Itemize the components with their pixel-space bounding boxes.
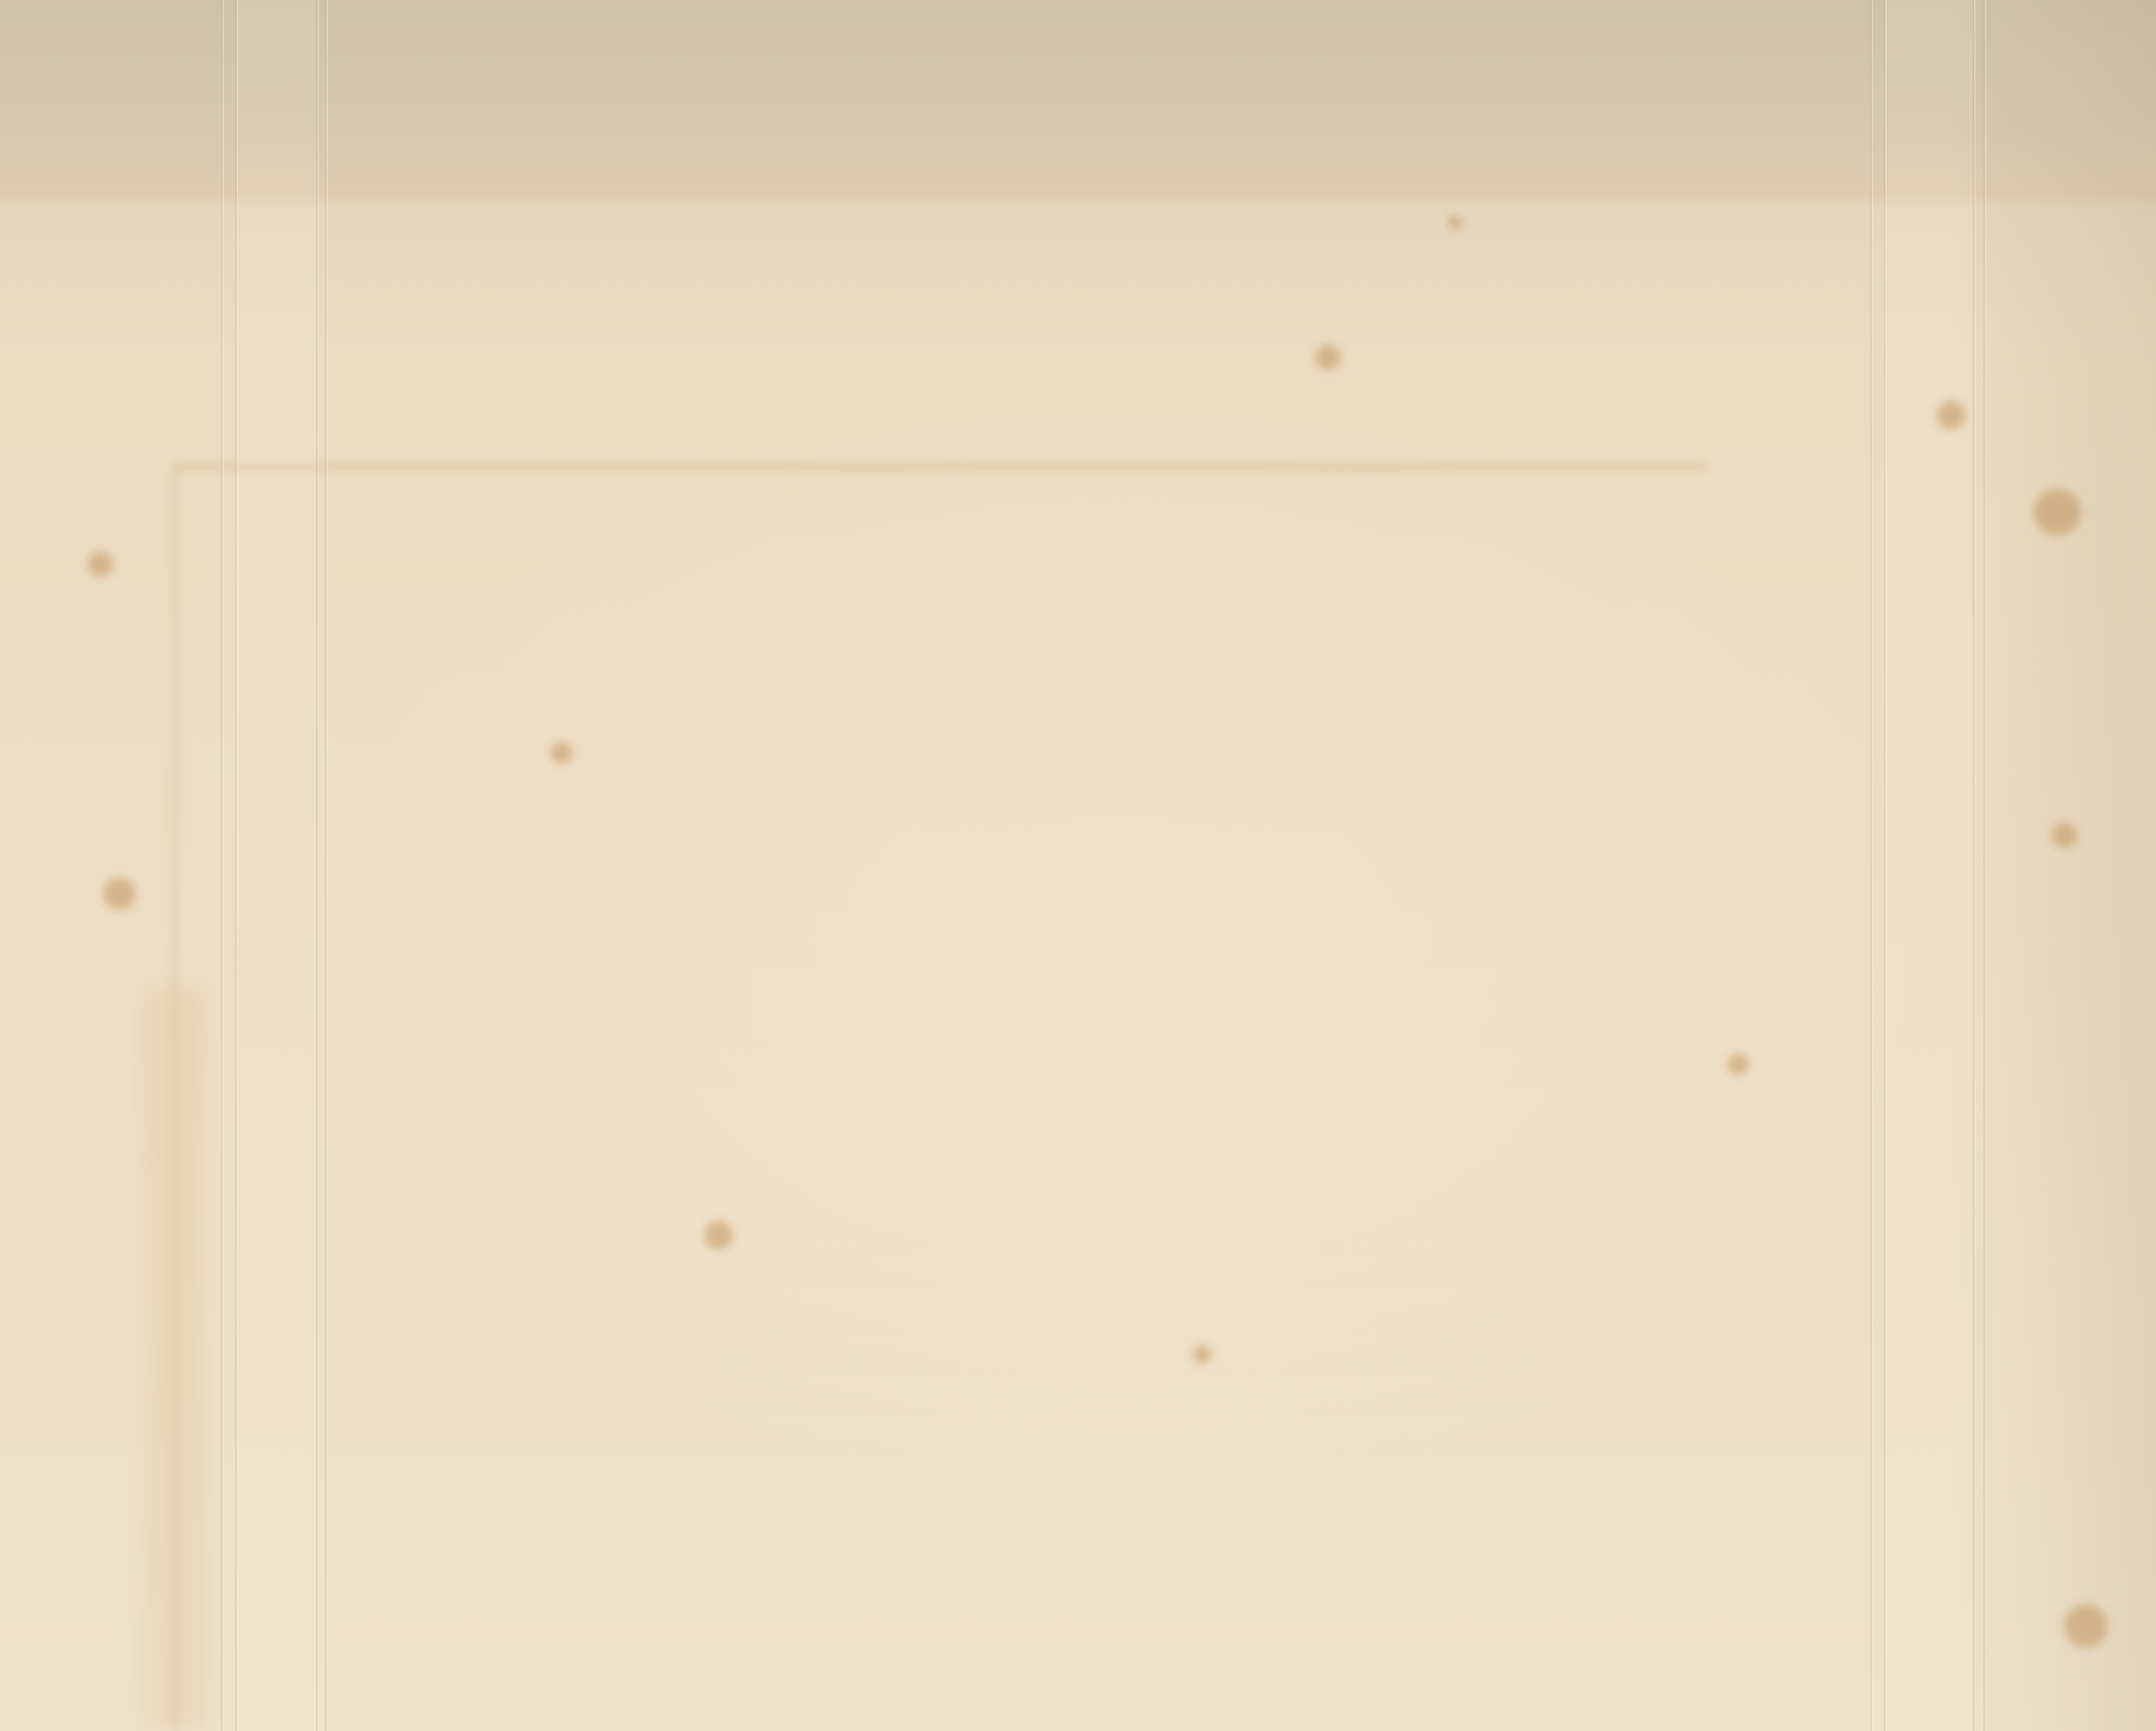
top-tone-band [0, 0, 2156, 211]
right-edge-shading [1949, 0, 2156, 1731]
emboss-line [1884, 0, 1886, 1731]
foxing-spot [88, 552, 113, 577]
foxing-spot [704, 1221, 733, 1250]
aged-paper-card [0, 0, 2156, 1731]
left-embossed-border [237, 0, 316, 1731]
tide-line-stain [171, 463, 1707, 1729]
foxing-spot [2064, 1604, 2107, 1647]
foxing-spot [2052, 823, 2077, 848]
emboss-line [235, 0, 238, 1731]
foxing-spot [103, 878, 136, 910]
emboss-line [221, 0, 224, 1731]
foxing-spot [1727, 1054, 1749, 1075]
foxing-spot [551, 742, 572, 764]
foxing-spot [1448, 216, 1462, 230]
foxing-spot [1937, 401, 1966, 429]
emboss-line [316, 0, 319, 1731]
foxing-spot [1193, 1346, 1211, 1364]
foxing-spot [2034, 489, 2081, 535]
left-water-stain [144, 988, 207, 1731]
foxing-spot [1315, 345, 1340, 370]
emboss-line [325, 0, 328, 1731]
emboss-line [1870, 0, 1873, 1731]
